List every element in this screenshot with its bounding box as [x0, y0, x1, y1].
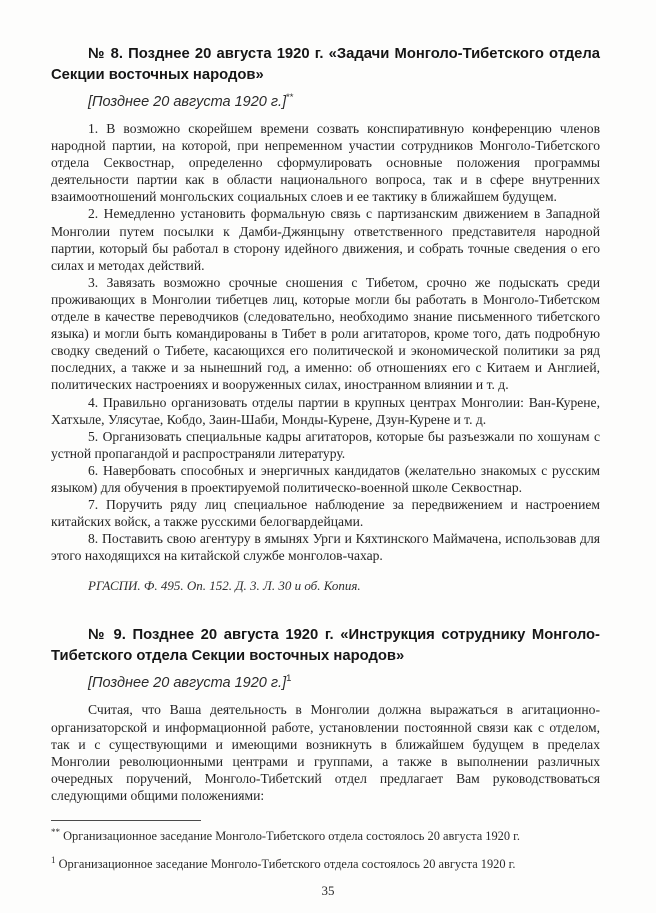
document-9: № 9. Позднее 20 августа 1920 г. «Инструк… — [51, 625, 600, 804]
doc9-dateline-marker: 1 — [286, 674, 291, 685]
doc8-paragraph-4: 4. Правильно организовать отделы партии … — [51, 394, 600, 428]
document-page: № 8. Позднее 20 августа 1920 г. «Задачи … — [0, 0, 656, 913]
doc8-paragraph-2: 2. Немедленно установить формальную связ… — [51, 205, 600, 273]
footnote-2-text: Организационное заседание Монголо-Тибетс… — [59, 857, 516, 871]
doc8-archive-source: РГАСПИ. Ф. 495. Оп. 152. Д. 3. Л. 30 и о… — [51, 578, 600, 594]
doc8-paragraph-6: 6. Навербовать способных и энергичных ка… — [51, 462, 600, 496]
doc8-heading: № 8. Позднее 20 августа 1920 г. «Задачи … — [51, 44, 600, 86]
document-8: № 8. Позднее 20 августа 1920 г. «Задачи … — [51, 44, 600, 594]
footnote-1-text: Организационное заседание Монголо-Тибетс… — [63, 829, 520, 843]
doc9-heading: № 9. Позднее 20 августа 1920 г. «Инструк… — [51, 625, 600, 667]
doc9-body: Считая, что Ваша деятельность в Монголии… — [51, 701, 600, 804]
doc9-paragraph-1: Считая, что Ваша деятельность в Монголии… — [51, 701, 600, 804]
doc9-dateline-text: [Позднее 20 августа 1920 г.] — [88, 675, 286, 691]
doc8-dateline: [Позднее 20 августа 1920 г.]** — [51, 93, 600, 111]
doc8-dateline-marker: ** — [286, 92, 293, 103]
footnote-separator — [51, 820, 201, 821]
footnote-2-marker: 1 — [51, 855, 56, 865]
doc8-paragraph-8: 8. Поставить свою агентуру в ямынях Урги… — [51, 530, 600, 564]
page-number: 35 — [0, 883, 656, 899]
doc8-paragraph-3: 3. Завязать возможно срочные сношения с … — [51, 274, 600, 394]
doc8-paragraph-1: 1. В возможно скорейшем времени созвать … — [51, 120, 600, 205]
doc8-body: 1. В возможно скорейшем времени созвать … — [51, 120, 600, 564]
footnote-1-marker: ** — [51, 827, 60, 837]
page-content: № 8. Позднее 20 августа 1920 г. «Задачи … — [51, 44, 600, 804]
doc9-dateline: [Позднее 20 августа 1920 г.]1 — [51, 674, 600, 692]
footnote-block: ** Организационное заседание Монголо-Тиб… — [51, 820, 600, 885]
doc8-paragraph-7: 7. Поручить ряду лиц специальное наблюде… — [51, 496, 600, 530]
footnote-1: ** Организационное заседание Монголо-Тиб… — [51, 829, 600, 844]
footnote-2: 1 Организационное заседание Монголо-Тибе… — [51, 857, 600, 872]
doc8-paragraph-5: 5. Организовать специальные кадры агитат… — [51, 428, 600, 462]
doc8-dateline-text: [Позднее 20 августа 1920 г.] — [88, 94, 286, 110]
